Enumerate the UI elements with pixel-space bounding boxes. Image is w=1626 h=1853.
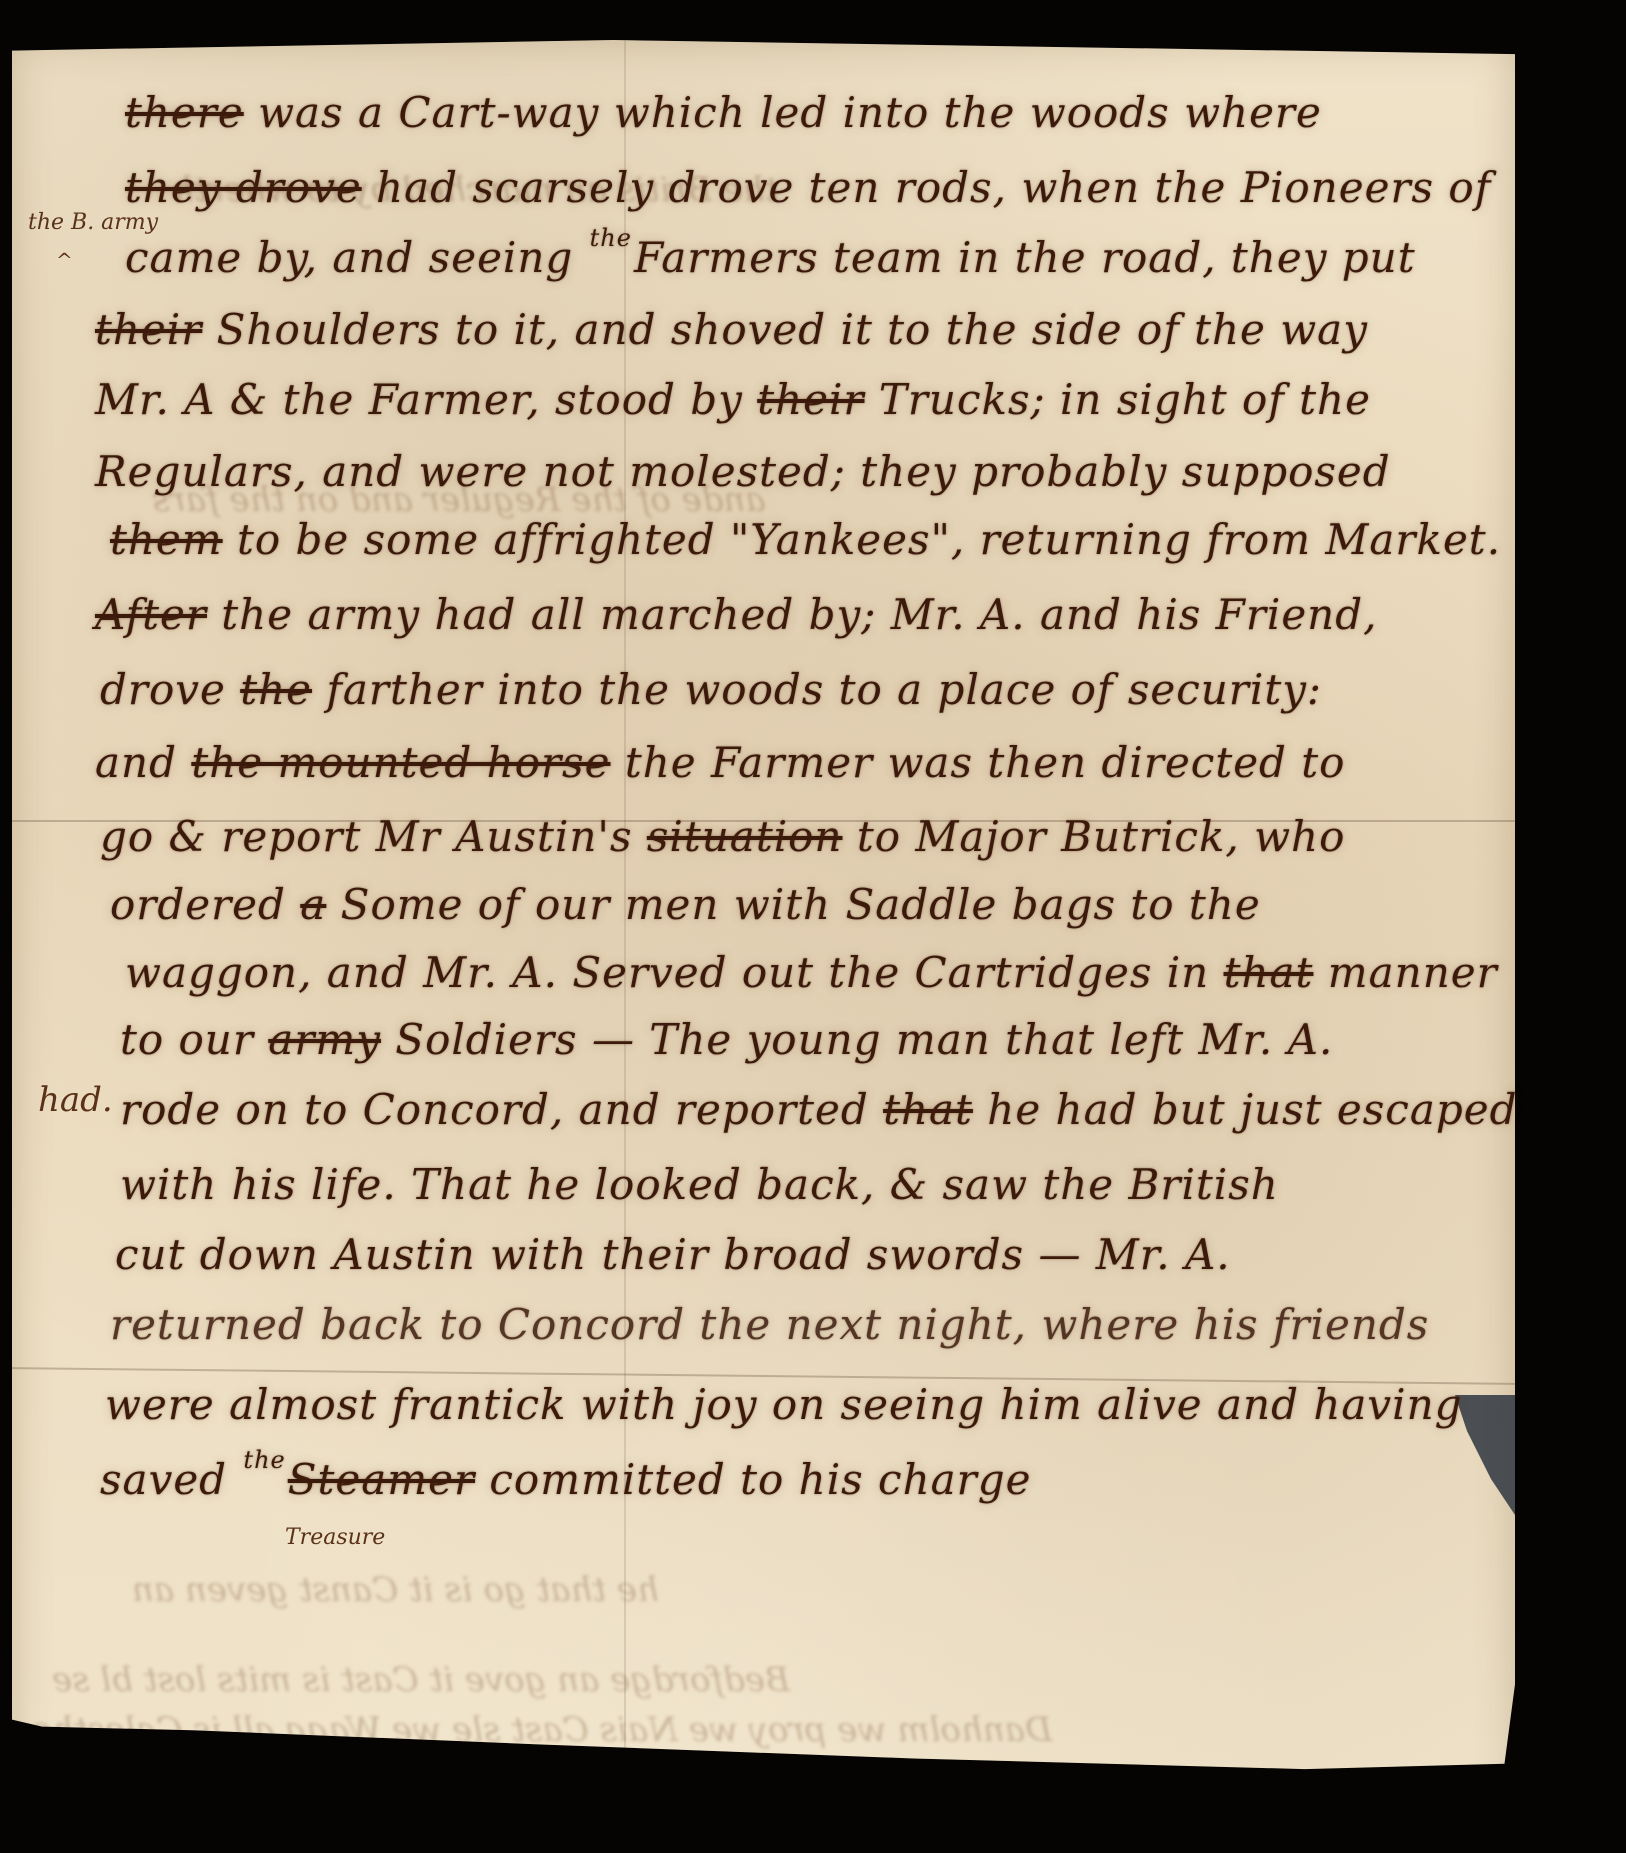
line-text: Mr. A & the Farmer, stood by	[95, 375, 757, 424]
struck-text: them	[110, 515, 223, 564]
struck-text: that	[883, 1085, 973, 1134]
line-text: returned back to Concord the next night,…	[110, 1300, 1429, 1349]
line-text: came by, and seeing	[125, 233, 588, 282]
line-text: to be some affrighted "Yankees", returni…	[223, 515, 1501, 564]
manuscript-line-9: drove the farther into the woods to a pl…	[100, 665, 1322, 714]
manuscript-line-4: their Shoulders to it, and shoved it to …	[95, 305, 1368, 354]
line-text: Soldiers — The young man that left Mr. A…	[381, 1015, 1333, 1064]
line-text: Trucks; in sight of the	[864, 375, 1370, 424]
line-text: to Major Butrick, who	[842, 812, 1345, 861]
struck-text: army	[268, 1015, 381, 1064]
margin-note-had: had.	[38, 1080, 113, 1120]
struck-text: After	[95, 590, 207, 639]
manuscript-line-19: were almost frantick with joy on seeing …	[105, 1380, 1463, 1429]
manuscript-line-18: returned back to Concord the next night,…	[110, 1300, 1429, 1349]
manuscript-line-7: them to be some affrighted "Yankees", re…	[110, 515, 1501, 564]
line-text: go & report Mr Austin's	[100, 812, 647, 861]
ink-bleed-through: Danholm we proy we Nais Cast sle we Wagg…	[32, 1710, 1052, 1750]
manuscript-line-6: Regulars, and were not molested; they pr…	[95, 447, 1391, 496]
struck-text: their	[757, 375, 864, 424]
manuscript-line-14: to our army Soldiers — The young man tha…	[120, 1015, 1333, 1064]
line-text: manner	[1313, 948, 1497, 997]
manuscript-line-17: cut down Austin with their broad swords …	[115, 1230, 1231, 1279]
line-text: and	[95, 738, 191, 787]
line-text: with his life. That he looked back, & sa…	[120, 1160, 1279, 1209]
manuscript-line-2: they drove had scarsely drove ten rods, …	[125, 163, 1491, 212]
line-text: rode on to Concord, and reported	[120, 1085, 883, 1134]
line-text: Shoulders to it, and shoved it to the si…	[202, 305, 1368, 354]
struck-text: the mounted horse	[191, 738, 610, 787]
manuscript-line-12: ordered a Some of our men with Saddle ba…	[110, 880, 1261, 929]
struck-text: they drove	[125, 163, 362, 212]
manuscript-line-16: with his life. That he looked back, & sa…	[120, 1160, 1279, 1209]
struck-text: a	[300, 880, 326, 929]
line-text: drove	[100, 665, 240, 714]
manuscript-line-13: waggon, and Mr. A. Served out the Cartri…	[125, 948, 1498, 997]
insertion-caret: ^	[56, 248, 73, 272]
ink-bleed-through: Bedfordge an gove it Cast is mits lost b…	[52, 1660, 790, 1700]
line-text: farther into the woods to a place of sec…	[312, 665, 1322, 714]
manuscript-line-8: After the army had all marched by; Mr. A…	[95, 590, 1377, 639]
line-text: he had but just escaped	[973, 1085, 1518, 1134]
manuscript-line-3: came by, and seeing theFarmers team in t…	[125, 233, 1416, 282]
line-text: the Farmer was then directed to	[610, 738, 1345, 787]
line-text: was a Cart-way which led into the woods …	[244, 88, 1322, 137]
struck-text: that	[1224, 948, 1314, 997]
line-text: cut down Austin with their broad swords …	[115, 1230, 1231, 1279]
manuscript-line-5: Mr. A & the Farmer, stood by their Truck…	[95, 375, 1371, 424]
manuscript-line-15: rode on to Concord, and reported that he…	[120, 1085, 1518, 1134]
line-text: the army had all marched by; Mr. A. and …	[207, 590, 1378, 639]
struck-text: the	[240, 665, 312, 714]
line-text: had scarsely drove ten rods, when the Pi…	[362, 163, 1492, 212]
struck-text: there	[125, 88, 244, 137]
line-text: waggon, and Mr. A. Served out the Cartri…	[125, 948, 1224, 997]
manuscript-line-11: go & report Mr Austin's situation to Maj…	[100, 812, 1345, 861]
interlinear-insertion: the	[590, 224, 632, 252]
line-text: Some of our men with Saddle bags to the	[326, 880, 1260, 929]
manuscript-line-10: and the mounted horse the Farmer was the…	[95, 738, 1345, 787]
struck-text: situation	[647, 812, 843, 861]
line-text: to our	[120, 1015, 268, 1064]
line-text: Farmers team in the road, they put	[634, 233, 1416, 282]
struck-text: Steamer	[288, 1455, 475, 1504]
line-text: were almost frantick with joy on seeing …	[105, 1380, 1463, 1429]
line-text: ordered	[110, 880, 300, 929]
ink-bleed-through: Lindhorst thi in se Mhes wagam al a Cats	[72, 1760, 789, 1800]
manuscript-line-20: saved theSteamer committed to his charge	[100, 1455, 1031, 1504]
margin-note-treasure: Treasure	[285, 1525, 385, 1550]
line-text: saved	[100, 1455, 241, 1504]
line-text: Regulars, and were not molested; they pr…	[95, 447, 1391, 496]
ink-bleed-through: he that go is it Canst geven an	[132, 1570, 659, 1610]
line-text: committed to his charge	[475, 1455, 1031, 1504]
manuscript-line-1: there was a Cart-way which led into the …	[125, 88, 1322, 137]
interlinear-insertion: the	[243, 1446, 285, 1474]
margin-note-army: the B. army	[28, 210, 158, 235]
struck-text: their	[95, 305, 202, 354]
